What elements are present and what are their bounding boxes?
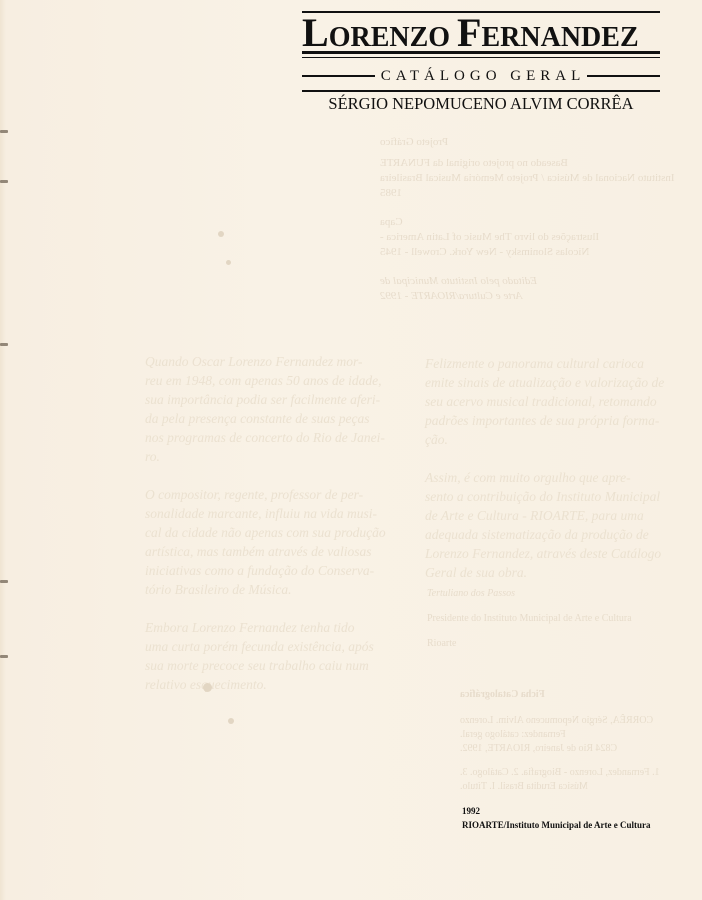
ghost-line [425,449,664,468]
ghost-line [145,466,386,485]
ghost-line: uma curta porém fecunda existência, após [145,637,386,656]
imprint: 1992 RIOARTE/Instituto Municipal de Arte… [462,804,650,832]
ghost-line: ro. [145,447,386,466]
ghost-line: Baseado no projeto original da FUNARTE [380,156,680,171]
ghost-line: ção. [425,430,664,449]
paper-speck [203,683,212,692]
bleed-through-left-column: Quando Oscar Lorenzo Fernandez mor-reu e… [145,352,386,694]
ghost-line: Assim, é com muito orgulho que apre- [425,468,664,487]
ghost-line: Embora Lorenzo Fernandez tenha tido [145,618,386,637]
bleed-through-cataloguing: Ficha Catalográfica CORRÊA, Sérgio Nepom… [460,688,700,794]
ghost-line: artística, mas também através de valiosa… [145,542,386,561]
publisher: RIOARTE/Instituto Municipal de Arte e Cu… [462,818,650,832]
ghost-line: Quando Oscar Lorenzo Fernandez mor- [145,352,386,371]
staple-mark [0,180,8,183]
ghost-line: sua importância podia ser facilmente afe… [145,390,386,409]
staple-mark [0,343,8,346]
ghost-line: emite sinais de atualização e valorizaçã… [425,373,664,392]
paper-speck [218,231,224,237]
ghost-line: Geral de sua obra. [425,563,664,582]
subtitle-row: CATÁLOGO GERAL [302,66,660,86]
ghost-line: Ficha Catalográfica [460,688,700,702]
ghost-line: nos programas de concerto do Rio de Jane… [145,428,386,447]
ghost-line: Editado pelo Instituto Municipal de [380,274,680,289]
title-underline-rule [302,51,660,54]
ghost-line: Capa [380,215,680,230]
document-page: Projeto Gráfico Baseado no projeto origi… [0,0,702,900]
ghost-line: Arte e Cultura/RIOARTE - 1992 [380,289,680,304]
ghost-line: da pela presença constante de suas peças [145,409,386,428]
ghost-line: sua morte precoce seu trabalho caiu num [145,656,386,675]
title-initial: L [302,10,329,55]
ghost-line: seu acervo musical tradicional, retomand… [425,392,664,411]
author-name: SÉRGIO NEPOMUCENO ALVIM CORRÊA [302,94,660,114]
ghost-line: Música Erudita Brasil. I. Título. [460,780,700,794]
title-underline-thin-rule [302,57,660,58]
title-word: ORENZO [329,22,457,53]
title-initial: F [457,10,481,55]
ghost-line: O compositor, regente, professor de per- [145,485,386,504]
ghost-line: Ilustrações do livro The Music of Latin … [380,230,680,245]
ghost-line: C824 Rio de Janeiro, RIOARTE, 1992. [460,742,700,756]
publication-year: 1992 [462,804,650,818]
bleed-through-credits: Projeto Gráfico Baseado no projeto origi… [380,135,680,304]
ghost-line: Projeto Gráfico [380,135,680,150]
subtitle-right-rule [587,75,660,77]
staple-mark [0,130,8,133]
paper-speck [228,718,234,724]
ghost-line: sento a contribuição do Instituto Munici… [425,487,664,506]
ghost-line: CORRÊA, Sérgio Nepomuceno Alvim. Lorenzo [460,714,700,728]
ghost-line: Presidente do Instituto Municipal de Art… [427,606,632,631]
ghost-line: cal da cidade não apenas com sua produçã… [145,523,386,542]
ghost-line: Lorenzo Fernandez, através deste Catálog… [425,544,664,563]
ghost-line: padrões importantes de sua própria forma… [425,411,664,430]
catalog-title: LORENZO FERNANDEZ [302,13,660,53]
ghost-line: Tertuliano dos Passos [427,581,632,606]
ghost-line: sonalidade marcante, influiu na vida mus… [145,504,386,523]
ghost-line: Nicolas Slonimsky - New York. Crowell - … [380,245,680,260]
ghost-line: relativo esquecimento. [145,675,386,694]
catalog-subtitle: CATÁLOGO GERAL [375,68,588,85]
ghost-line: tório Brasileiro de Música. [145,580,386,599]
ghost-line: Rioarte [427,631,632,656]
ghost-line: 1. Fernandez, Lorenzo - Biografia. 2. Ca… [460,766,700,780]
author-top-rule [302,90,660,92]
ghost-line: adequada sistematização da produção de [425,525,664,544]
staple-mark [0,655,8,658]
ghost-line: Felizmente o panorama cultural carioca [425,354,664,373]
ghost-line: reu em 1948, com apenas 50 anos de idade… [145,371,386,390]
ghost-line: Instituto Nacional de Música / Projeto M… [380,171,680,186]
paper-speck [226,260,231,265]
staple-mark [0,580,8,583]
bleed-through-right-column: Felizmente o panorama cultural cariocaem… [425,354,664,582]
bleed-through-signature: Tertuliano dos Passos Presidente do Inst… [427,581,632,656]
ghost-line: de Arte e Cultura - RIOARTE, para uma [425,506,664,525]
ghost-line: 1985 [380,186,680,201]
ghost-line: iniciativas como a fundação do Conserva- [145,561,386,580]
subtitle-left-rule [302,75,375,77]
ghost-line [145,599,386,618]
title-word: ERNANDEZ [481,22,638,53]
ghost-line: Fernandez: catálogo geral. [460,728,700,742]
